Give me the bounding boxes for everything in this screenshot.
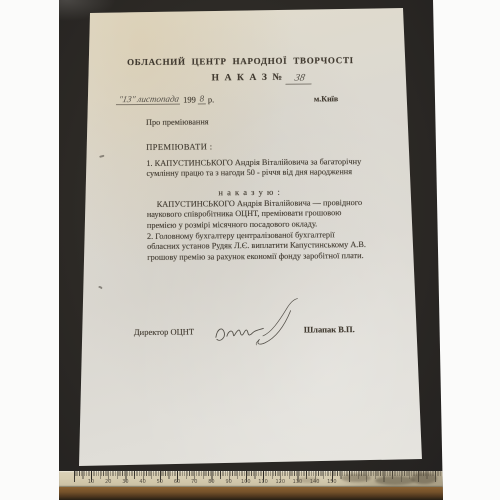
- hole-punch-mark: [98, 286, 103, 290]
- wooden-table-edge: [59, 487, 443, 500]
- order-item-1: 1. КАПУСТИНСЬКОГО Андрія Віталійовича за…: [146, 157, 361, 180]
- order-number-handwritten: 38: [285, 72, 313, 84]
- order-item-3: 2. Головному бухгалтеру централізованої …: [147, 230, 366, 263]
- order-heading: Н А К А З № 38: [212, 70, 313, 83]
- signature-name: Шлапак В.П.: [304, 324, 355, 334]
- year-digit-handwritten: 8: [198, 93, 206, 104]
- order-item-2: КАПУСТИНСЬКОГО Андрія Віталійовича — про…: [147, 198, 363, 231]
- signature-role: Директор ОЦНТ: [134, 326, 194, 337]
- year-typed: 199: [183, 94, 196, 104]
- document-content: ОБЛАСНИЙ ЦЕНТР НАРОДНОЇ ТВОРЧОСТІ Н А К …: [76, 6, 425, 469]
- auction-photo-page: ОБЛАСНИЙ ЦЕНТР НАРОДНОЇ ТВОРЧОСТІ Н А К …: [0, 0, 500, 500]
- order-item-3-line: грошову премію за рахунок економії фонду…: [147, 251, 366, 263]
- order-item-2-line: наукового співробітника ОЦНТ, преміювати…: [147, 208, 362, 220]
- handwritten-date: "13" листопада: [116, 94, 182, 106]
- ruler-grime-overlay: [59, 471, 443, 487]
- org-title: ОБЛАСНИЙ ЦЕНТР НАРОДНОЇ ТВОРЧОСТІ: [76, 55, 404, 68]
- order-item-2-line: премією у розмірі місячного посадового о…: [147, 219, 362, 231]
- measuring-ruler: 10 20 30 40 50 60 70 80 90 100 110 120 1…: [59, 471, 443, 487]
- city-label: м.Київ: [314, 94, 338, 103]
- order-document-paper: ОБЛАСНИЙ ЦЕНТР НАРОДНОЇ ТВОРЧОСТІ Н А К …: [78, 7, 423, 467]
- resolve-heading: ПРЕМІЮВАТИ :: [146, 141, 212, 152]
- subject-line: Про преміювання: [146, 117, 209, 127]
- hole-punch-mark: [99, 155, 104, 158]
- year-suffix: р.: [208, 94, 214, 104]
- decree-word: н а к а з у ю :: [78, 186, 422, 199]
- signature-scribble: [206, 288, 312, 361]
- document-photo: ОБЛАСНИЙ ЦЕНТР НАРОДНОЇ ТВОРЧОСТІ Н А К …: [59, 0, 443, 500]
- order-item-1-line: сумлінну працю та з нагоди 50 - річчя ві…: [146, 167, 361, 179]
- date-line: "13" листопада 199 8 р.: [117, 93, 214, 105]
- order-label: Н А К А З №: [212, 73, 284, 84]
